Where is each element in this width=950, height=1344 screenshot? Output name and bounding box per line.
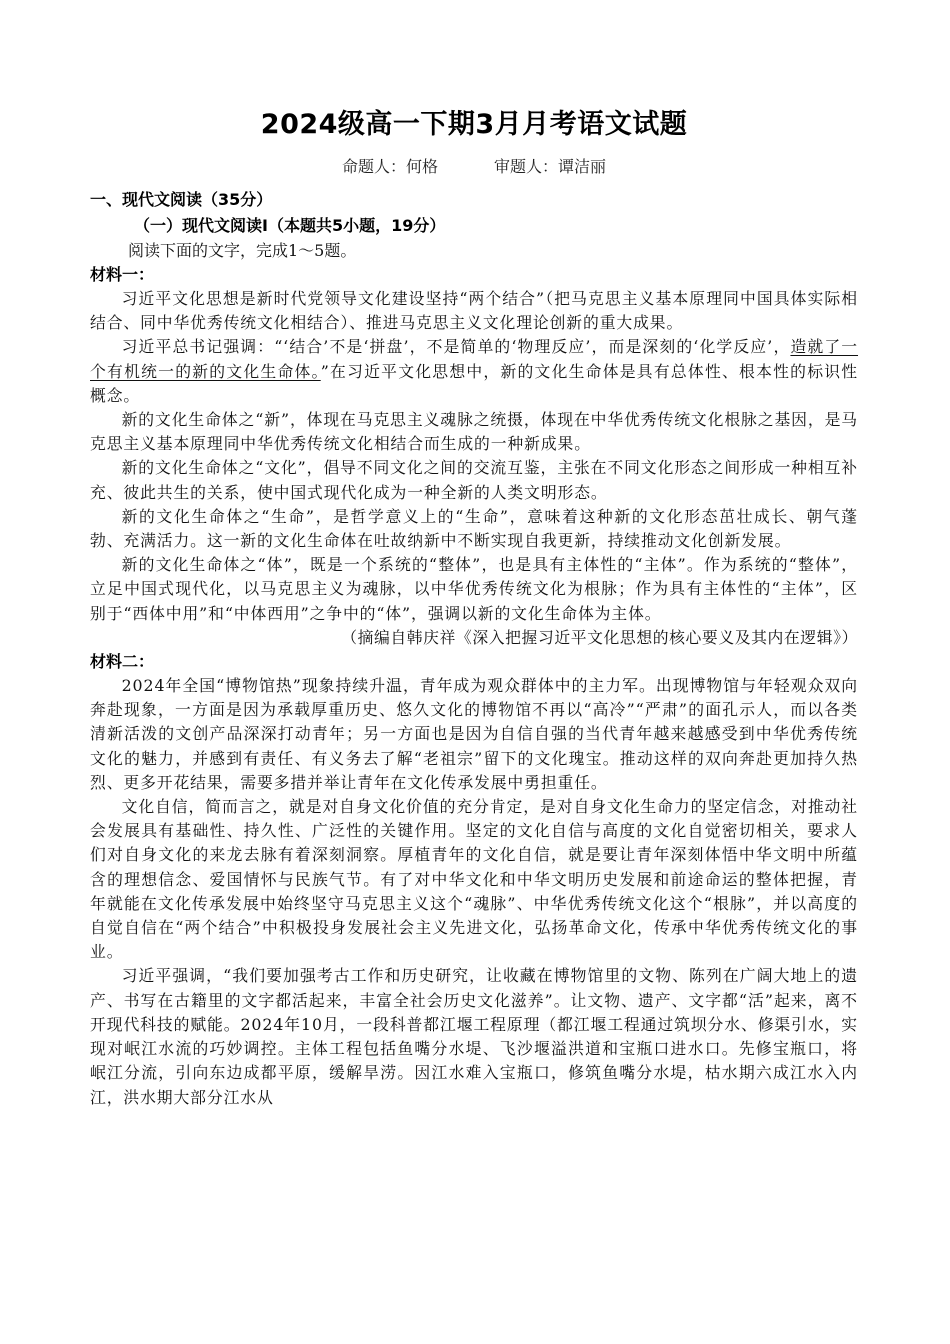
material-2-paragraph: 习近平强调，“我们要加强考古工作和历史研究，让收藏在博物馆里的文物、陈列在广阔大… [90, 964, 858, 1109]
material-1-label: 材料一： [90, 263, 858, 287]
exam-body: 一、现代文阅读（35分） （一）现代文阅读Ⅰ（本题共5小题，19分） 阅读下面的… [90, 187, 858, 1110]
material-1-paragraph: 新的文化生命体之“文化”，倡导不同文化之间的交流互鉴，主张在不同文化形态之间形成… [90, 456, 858, 504]
material-1-paragraph-quote: 习近平总书记强调：“‘结合’不是‘拼盘’，不是简单的‘物理反应’，而是深刻的‘化… [90, 335, 858, 408]
section-heading: 一、现代文阅读（35分） [90, 187, 858, 213]
exam-title: 2024级高一下期3月月考语文试题 [90, 102, 858, 141]
material-2-paragraph: 2024年全国“博物馆热”现象持续升温，青年成为观众群体中的主力军。出现博物馆与… [90, 674, 858, 795]
material-1-paragraph: 新的文化生命体之“体”，既是一个系统的“整体”，也是具有主体性的“主体”。作为系… [90, 553, 858, 626]
subsection-heading: （一）现代文阅读Ⅰ（本题共5小题，19分） [90, 213, 858, 239]
quote-text: 习近平总书记强调：“‘结合’不是‘拼盘’，不是简单的‘物理反应’，而是深刻的‘化… [122, 337, 791, 356]
material-1-paragraph: 新的文化生命体之“生命”，是哲学意义上的“生命”，意味着这种新的文化形态茁壮成长… [90, 505, 858, 553]
reading-instruction: 阅读下面的文字，完成1～5题。 [90, 239, 858, 263]
question-reviewer: 审题人：谭洁丽 [494, 154, 606, 177]
material-1-paragraph: 新的文化生命体之“新”，体现在马克思主义魂脉之统摄，体现在中华优秀传统文化根脉之… [90, 408, 858, 456]
question-setter: 命题人：何格 [342, 154, 438, 177]
material-2-paragraph: 文化自信，简而言之，就是对自身文化价值的充分肯定，是对自身文化生命力的坚定信念，… [90, 795, 858, 964]
material-2-label: 材料二： [90, 650, 858, 674]
authors-line: 命题人：何格审题人：谭洁丽 [90, 154, 858, 177]
material-1-paragraph: 习近平文化思想是新时代党领导文化建设坚持“两个结合”（把马克思主义基本原理同中国… [90, 287, 858, 335]
material-1-source: （摘编自韩庆祥《深入把握习近平文化思想的核心要义及其内在逻辑》） [90, 626, 858, 650]
